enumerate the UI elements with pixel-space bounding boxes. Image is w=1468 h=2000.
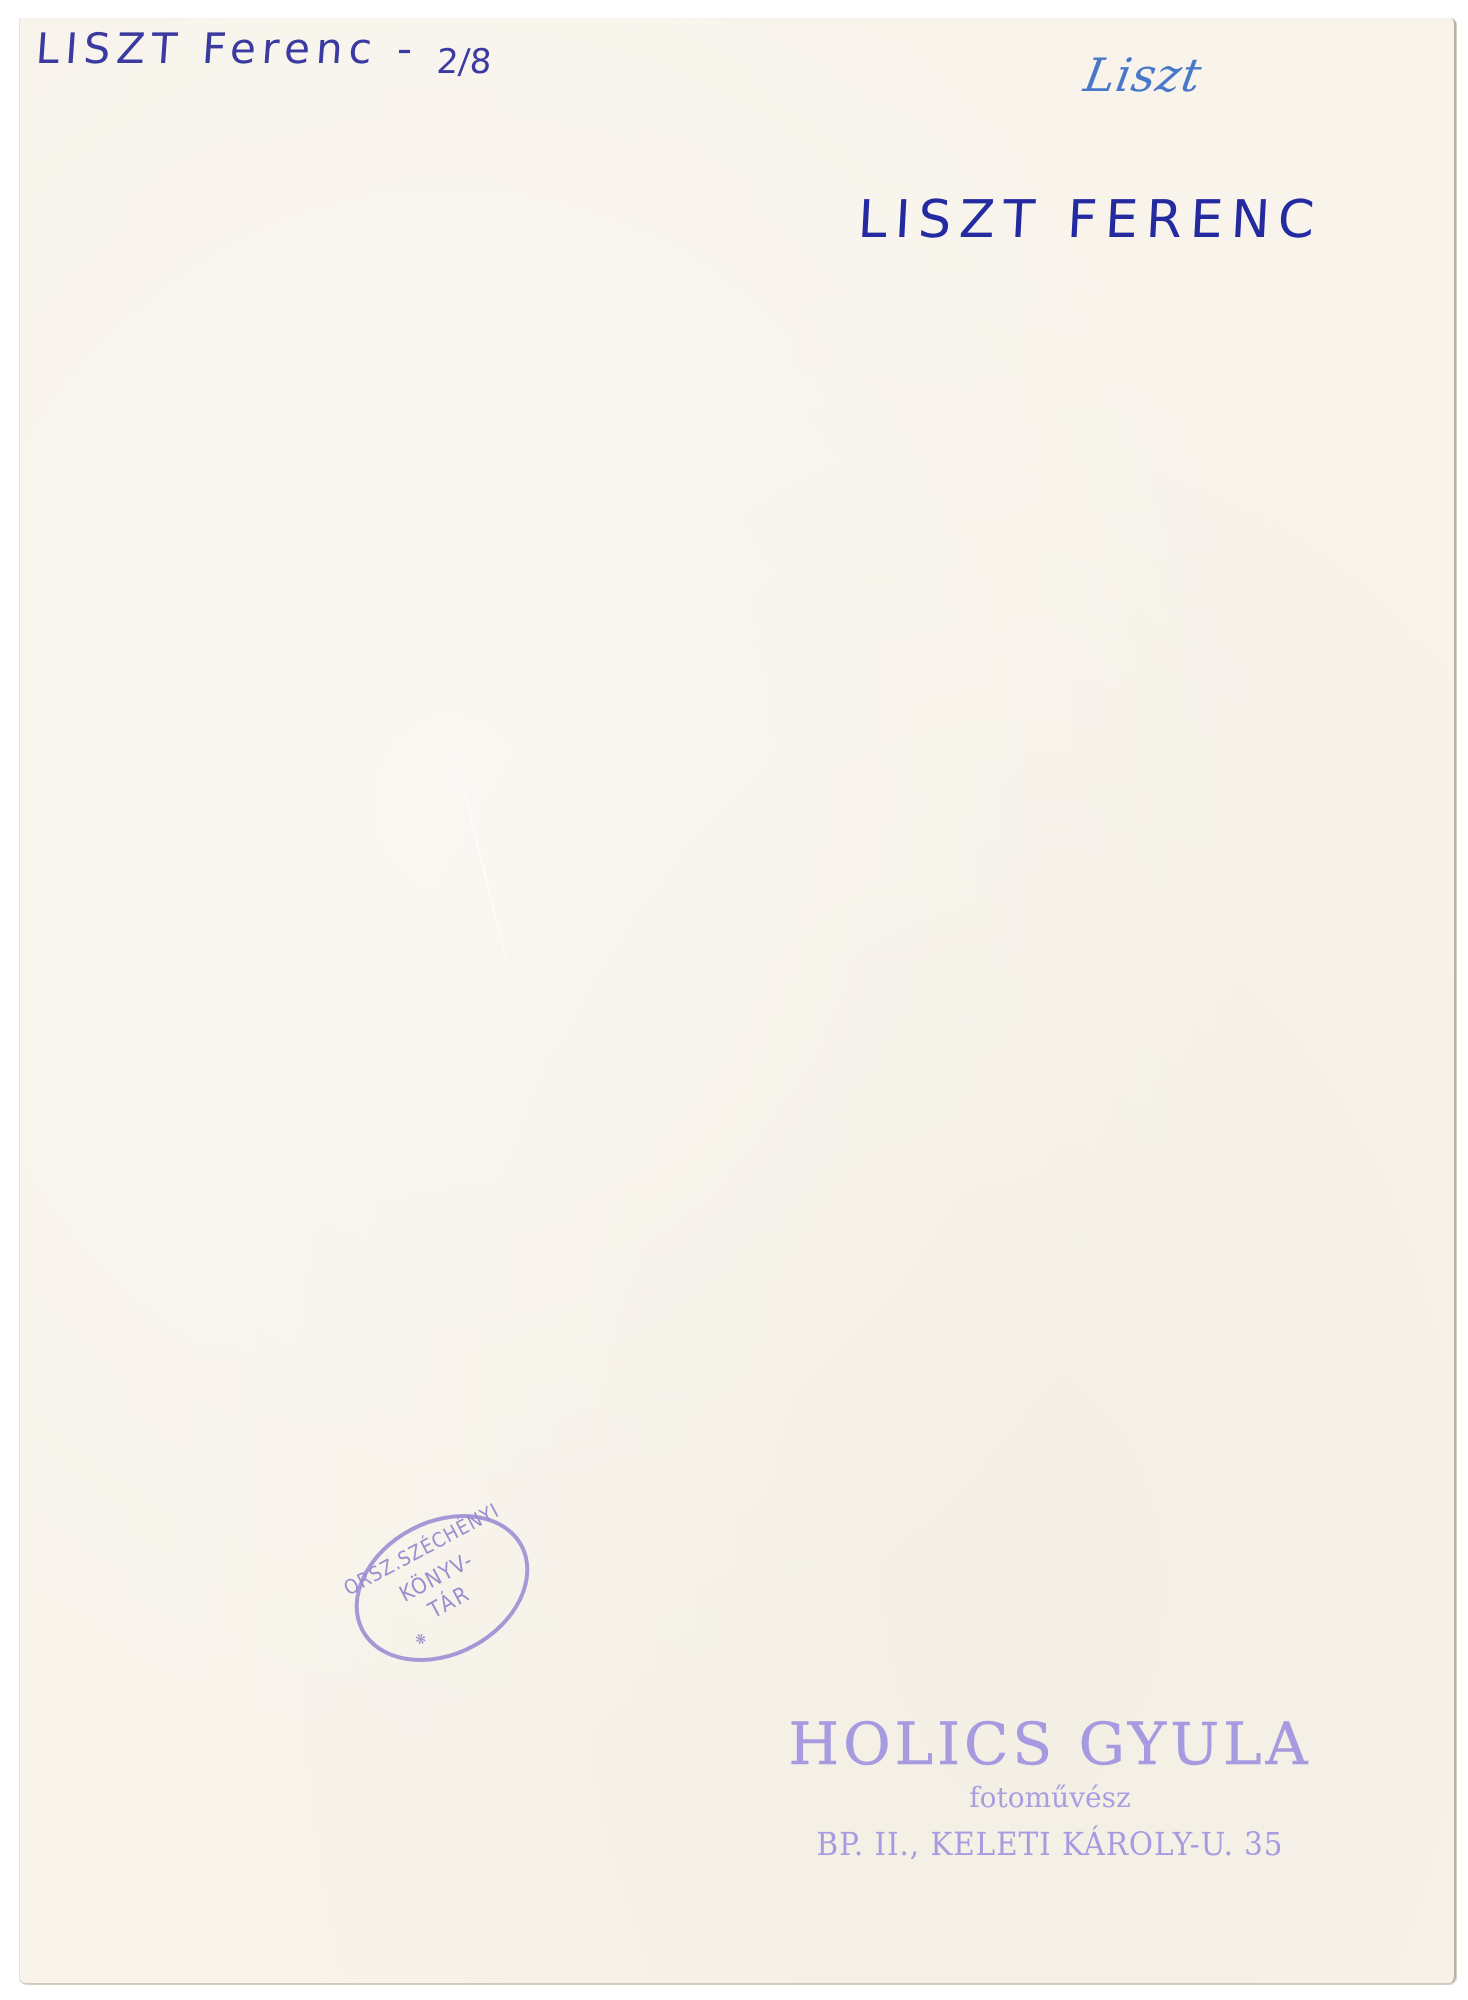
handwritten-title-top-left: LISZT Ferenc - 2/8 bbox=[34, 24, 494, 73]
photographer-stamp: HOLICS GYULA fotoművész BP. II., KELETI … bbox=[770, 1712, 1330, 1866]
photographer-title: fotoművész bbox=[770, 1778, 1330, 1818]
paper-crease bbox=[450, 738, 517, 1000]
handwritten-cursive-note: Liszt bbox=[1080, 48, 1206, 102]
handwritten-caps-title: LISZT FERENC bbox=[856, 190, 1323, 250]
handwritten-item-number: 2/8 bbox=[435, 42, 493, 82]
photographer-address: BP. II., KELETI KÁROLY-U. 35 bbox=[792, 1822, 1307, 1866]
photographer-name: HOLICS GYULA bbox=[770, 1712, 1330, 1776]
handwritten-title-text: LISZT Ferenc - bbox=[34, 24, 420, 73]
photo-back-paper bbox=[20, 18, 1456, 1984]
crest-icon: ❋ bbox=[413, 1630, 430, 1649]
